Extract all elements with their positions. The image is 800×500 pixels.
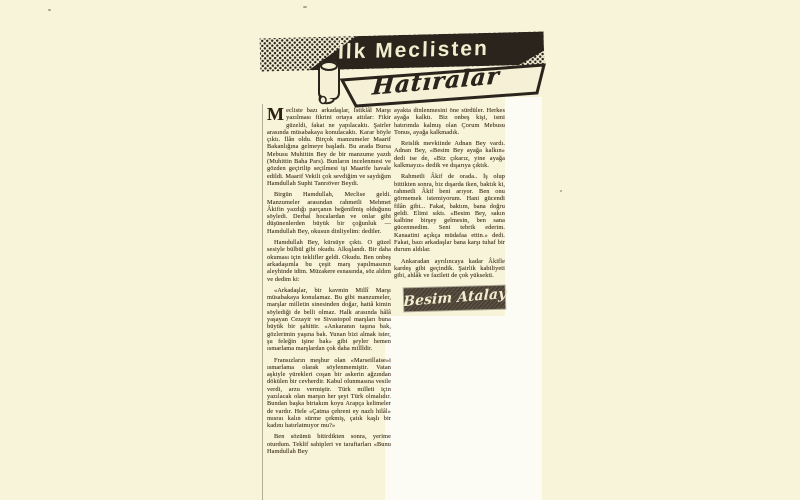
paragraph: Hamdullah Bey, kürsüye çıktı. O güzel se… xyxy=(267,239,391,283)
clipping-backing-paper-bottom xyxy=(385,316,542,500)
paper-speck xyxy=(48,9,51,11)
article-column-2: ayakta dinlenmesini öne sürdüler. Herkes… xyxy=(394,100,505,310)
drop-cap: M xyxy=(267,107,284,122)
paper-speck xyxy=(303,6,307,8)
paragraph: Reislik mevkiinde Adnan Bey vardı. Adnan… xyxy=(394,140,505,169)
paragraph: Birgün Hamdullah, Meclise geldi. Manzume… xyxy=(267,191,391,235)
paragraph-text: ecliste bazı arkadaşlar, İstiklâl Marşı … xyxy=(267,107,391,187)
article-column-1: Mecliste bazı arkadaşlar, İstiklâl Marşı… xyxy=(267,100,391,500)
masthead-title: İlk Meclisten xyxy=(338,37,490,65)
paragraph: Mecliste bazı arkadaşlar, İstiklâl Marşı… xyxy=(267,107,391,187)
paragraph: ayakta dinlenmesini öne sürdüler. Herkes… xyxy=(394,107,505,136)
paper-speck xyxy=(560,190,562,192)
scanned-newspaper-page: İlk Meclisten Hatıralar Mecliste bazı ar… xyxy=(0,0,800,500)
author-signature: Besim Atalay xyxy=(403,290,506,305)
paragraph: «Arkadaşlar, bir kavmin Millî Marşı müsa… xyxy=(267,287,391,353)
column-rule xyxy=(262,104,263,500)
paragraph: Ben sözümü bitirdikten sonra, yerime otu… xyxy=(267,433,391,455)
paragraph: Ankaradan ayrılıncaya kadar Âkifle karde… xyxy=(394,258,505,280)
paragraph: Rahmetli Âkif de orada.. İş olup bittikt… xyxy=(394,173,505,253)
author-signature-box: Besim Atalay xyxy=(404,285,506,311)
paragraph: Fransızların meşhur olan «Marseillaise»i… xyxy=(267,357,391,430)
article-masthead: İlk Meclisten Hatıralar xyxy=(258,28,548,110)
